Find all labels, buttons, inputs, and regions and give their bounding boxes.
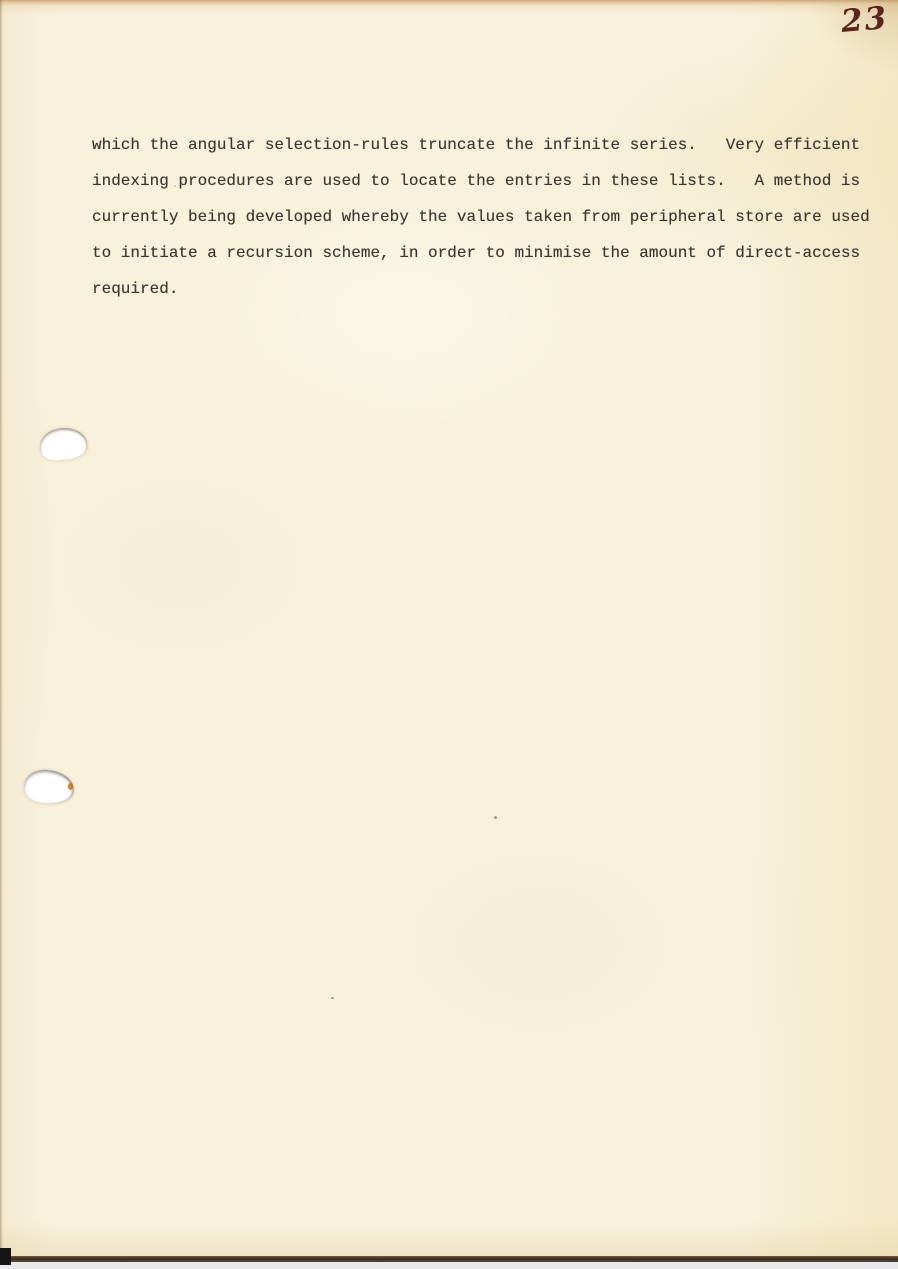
scanned-document: 23 which the angular selection-rules tru… [0, 0, 898, 1269]
text-line: currently being developed whereby the va… [92, 199, 882, 235]
bottom-left-corner-mark [0, 1248, 11, 1265]
punch-hole-top [38, 426, 88, 463]
text-line: indexing procedures are used to locate t… [92, 163, 882, 199]
text-line: to initiate a recursion scheme, in order… [92, 235, 882, 271]
text-line: required. [92, 271, 882, 307]
paper-speck [174, 185, 176, 187]
text-line: which the angular selection-rules trunca… [92, 127, 882, 163]
paper-speck [494, 816, 497, 819]
handwritten-page-number: 23 [839, 0, 889, 40]
paper-left-edge [0, 0, 3, 1258]
punch-hole-fleck [68, 783, 73, 790]
paper-sheet: 23 which the angular selection-rules tru… [0, 0, 898, 1258]
paper-top-edge [0, 0, 898, 6]
typed-paragraph: which the angular selection-rules trunca… [92, 127, 882, 307]
paper-speck [331, 997, 334, 999]
scanner-background [0, 1262, 898, 1269]
